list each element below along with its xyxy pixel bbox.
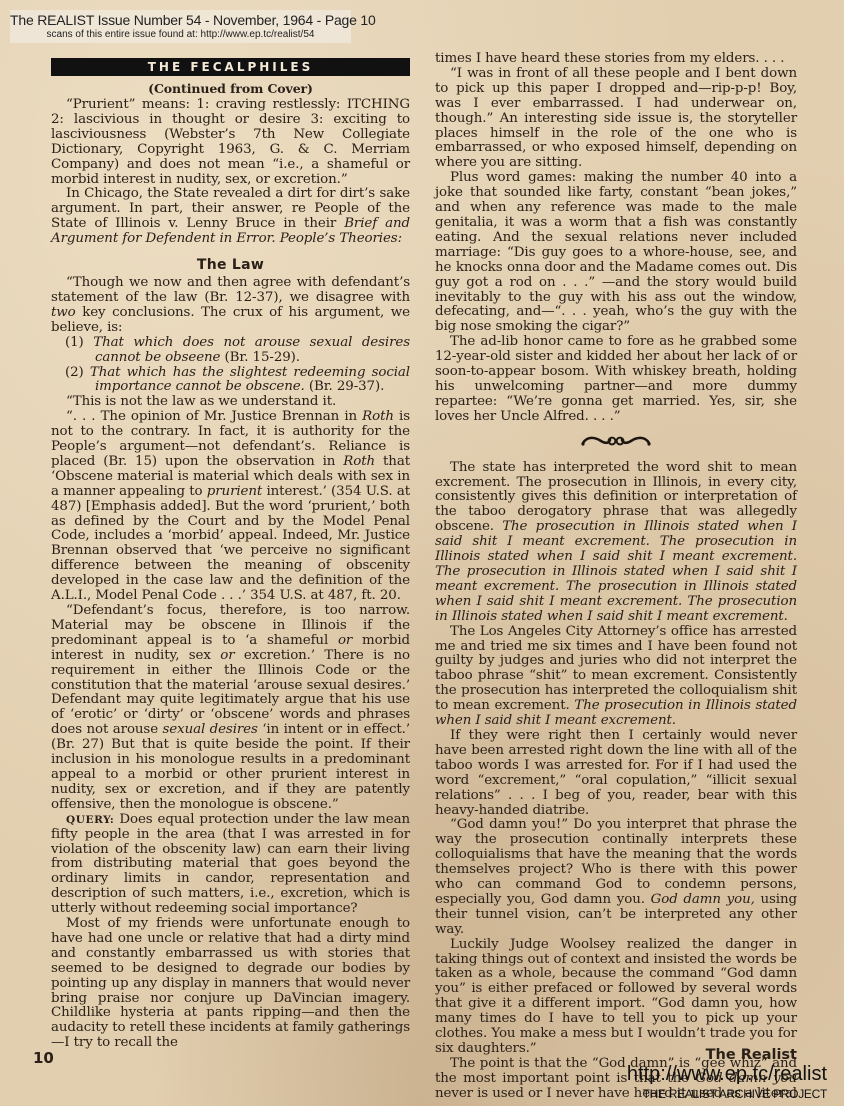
paragraph: “Prurient” means: 1: craving restlessly:…: [51, 98, 410, 187]
paragraph: If they were right then I certainly woul…: [435, 729, 797, 818]
text: “. . . The opinion of Mr. Justice Brenna…: [66, 409, 362, 424]
text: (Br. 15-29).: [220, 350, 300, 365]
article-banner: THE FECALPHILES: [51, 58, 410, 76]
paragraph: “Defendant’s focus, therefore, is too na…: [51, 604, 410, 813]
paragraph: “God damn you!” Do you interpret that ph…: [435, 818, 797, 937]
issue-title: The REALIST Issue Number 54 - November, …: [10, 10, 351, 29]
text: “Though we now and then agree with defen…: [51, 275, 410, 305]
list-number: (2): [65, 365, 90, 380]
archive-project-name: THE REALIST ARCHIVE PROJECT: [643, 1087, 827, 1101]
italic-text: The prosecution in Illinois stated when …: [435, 519, 797, 623]
right-column: times I have heard these stories from my…: [435, 52, 797, 1102]
italic-text: or: [220, 648, 234, 663]
paragraph: Most of my friends were unfortunate enou…: [51, 917, 410, 1051]
scan-watermark: The REALIST Issue Number 54 - November, …: [10, 10, 351, 43]
list-item: (1) That which does not arouse sexual de…: [51, 336, 410, 366]
paragraph: The Los Angeles City Attorney’s office h…: [435, 625, 797, 729]
text: (Br. 29-37).: [305, 379, 385, 394]
left-column: THE FECALPHILES (Continued from Cover) “…: [51, 58, 410, 1051]
paragraph: Luckily Judge Woolsey realized the dange…: [435, 938, 797, 1057]
scan-source-note: scans of this entire issue found at: htt…: [10, 29, 351, 41]
italic-text: two: [51, 305, 76, 320]
paragraph: “This is not the law as we understand it…: [51, 395, 410, 410]
paragraph: In Chicago, the State revealed a dirt fo…: [51, 187, 410, 247]
magazine-name: The Realist: [706, 1047, 797, 1063]
query-label: QUERY:: [66, 814, 114, 826]
italic-text: God damn you,: [651, 892, 755, 907]
list-number: (1): [65, 335, 93, 350]
paragraph: “Though we now and then agree with defen…: [51, 276, 410, 336]
paragraph: “. . . The opinion of Mr. Justice Brenna…: [51, 410, 410, 604]
paragraph: times I have heard these stories from my…: [435, 52, 797, 67]
page-number: 10: [33, 1049, 54, 1067]
italic-text: or: [338, 633, 352, 648]
continued-note: (Continued from Cover): [51, 81, 410, 97]
italic-text: Roth: [362, 409, 394, 424]
archive-url-link[interactable]: http://www.ep.tc/realist: [627, 1063, 827, 1086]
paragraph: Plus word games: making the number 40 in…: [435, 171, 797, 335]
paragraph: “I was in front of all these people and …: [435, 67, 797, 171]
text: interest.’ (354 U.S. at 487) [Emphasis a…: [51, 484, 410, 603]
paragraph: The ad-lib honor came to fore as he grab…: [435, 335, 797, 424]
italic-text: sexual desires: [163, 722, 258, 737]
text: key conclusions. The crux of his argumen…: [51, 305, 410, 335]
paragraph: The state has interpreted the word shit …: [435, 461, 797, 625]
scroll-ornament-icon: [435, 431, 797, 457]
italic-text: Roth: [343, 454, 375, 469]
list-item: (2) That which has the slightest redeemi…: [51, 366, 410, 396]
query-paragraph: QUERY: Does equal protection under the l…: [51, 813, 410, 917]
section-heading: The Law: [51, 256, 410, 274]
text: Does equal protection under the law mean…: [51, 812, 410, 916]
italic-text: prurient: [207, 484, 262, 499]
